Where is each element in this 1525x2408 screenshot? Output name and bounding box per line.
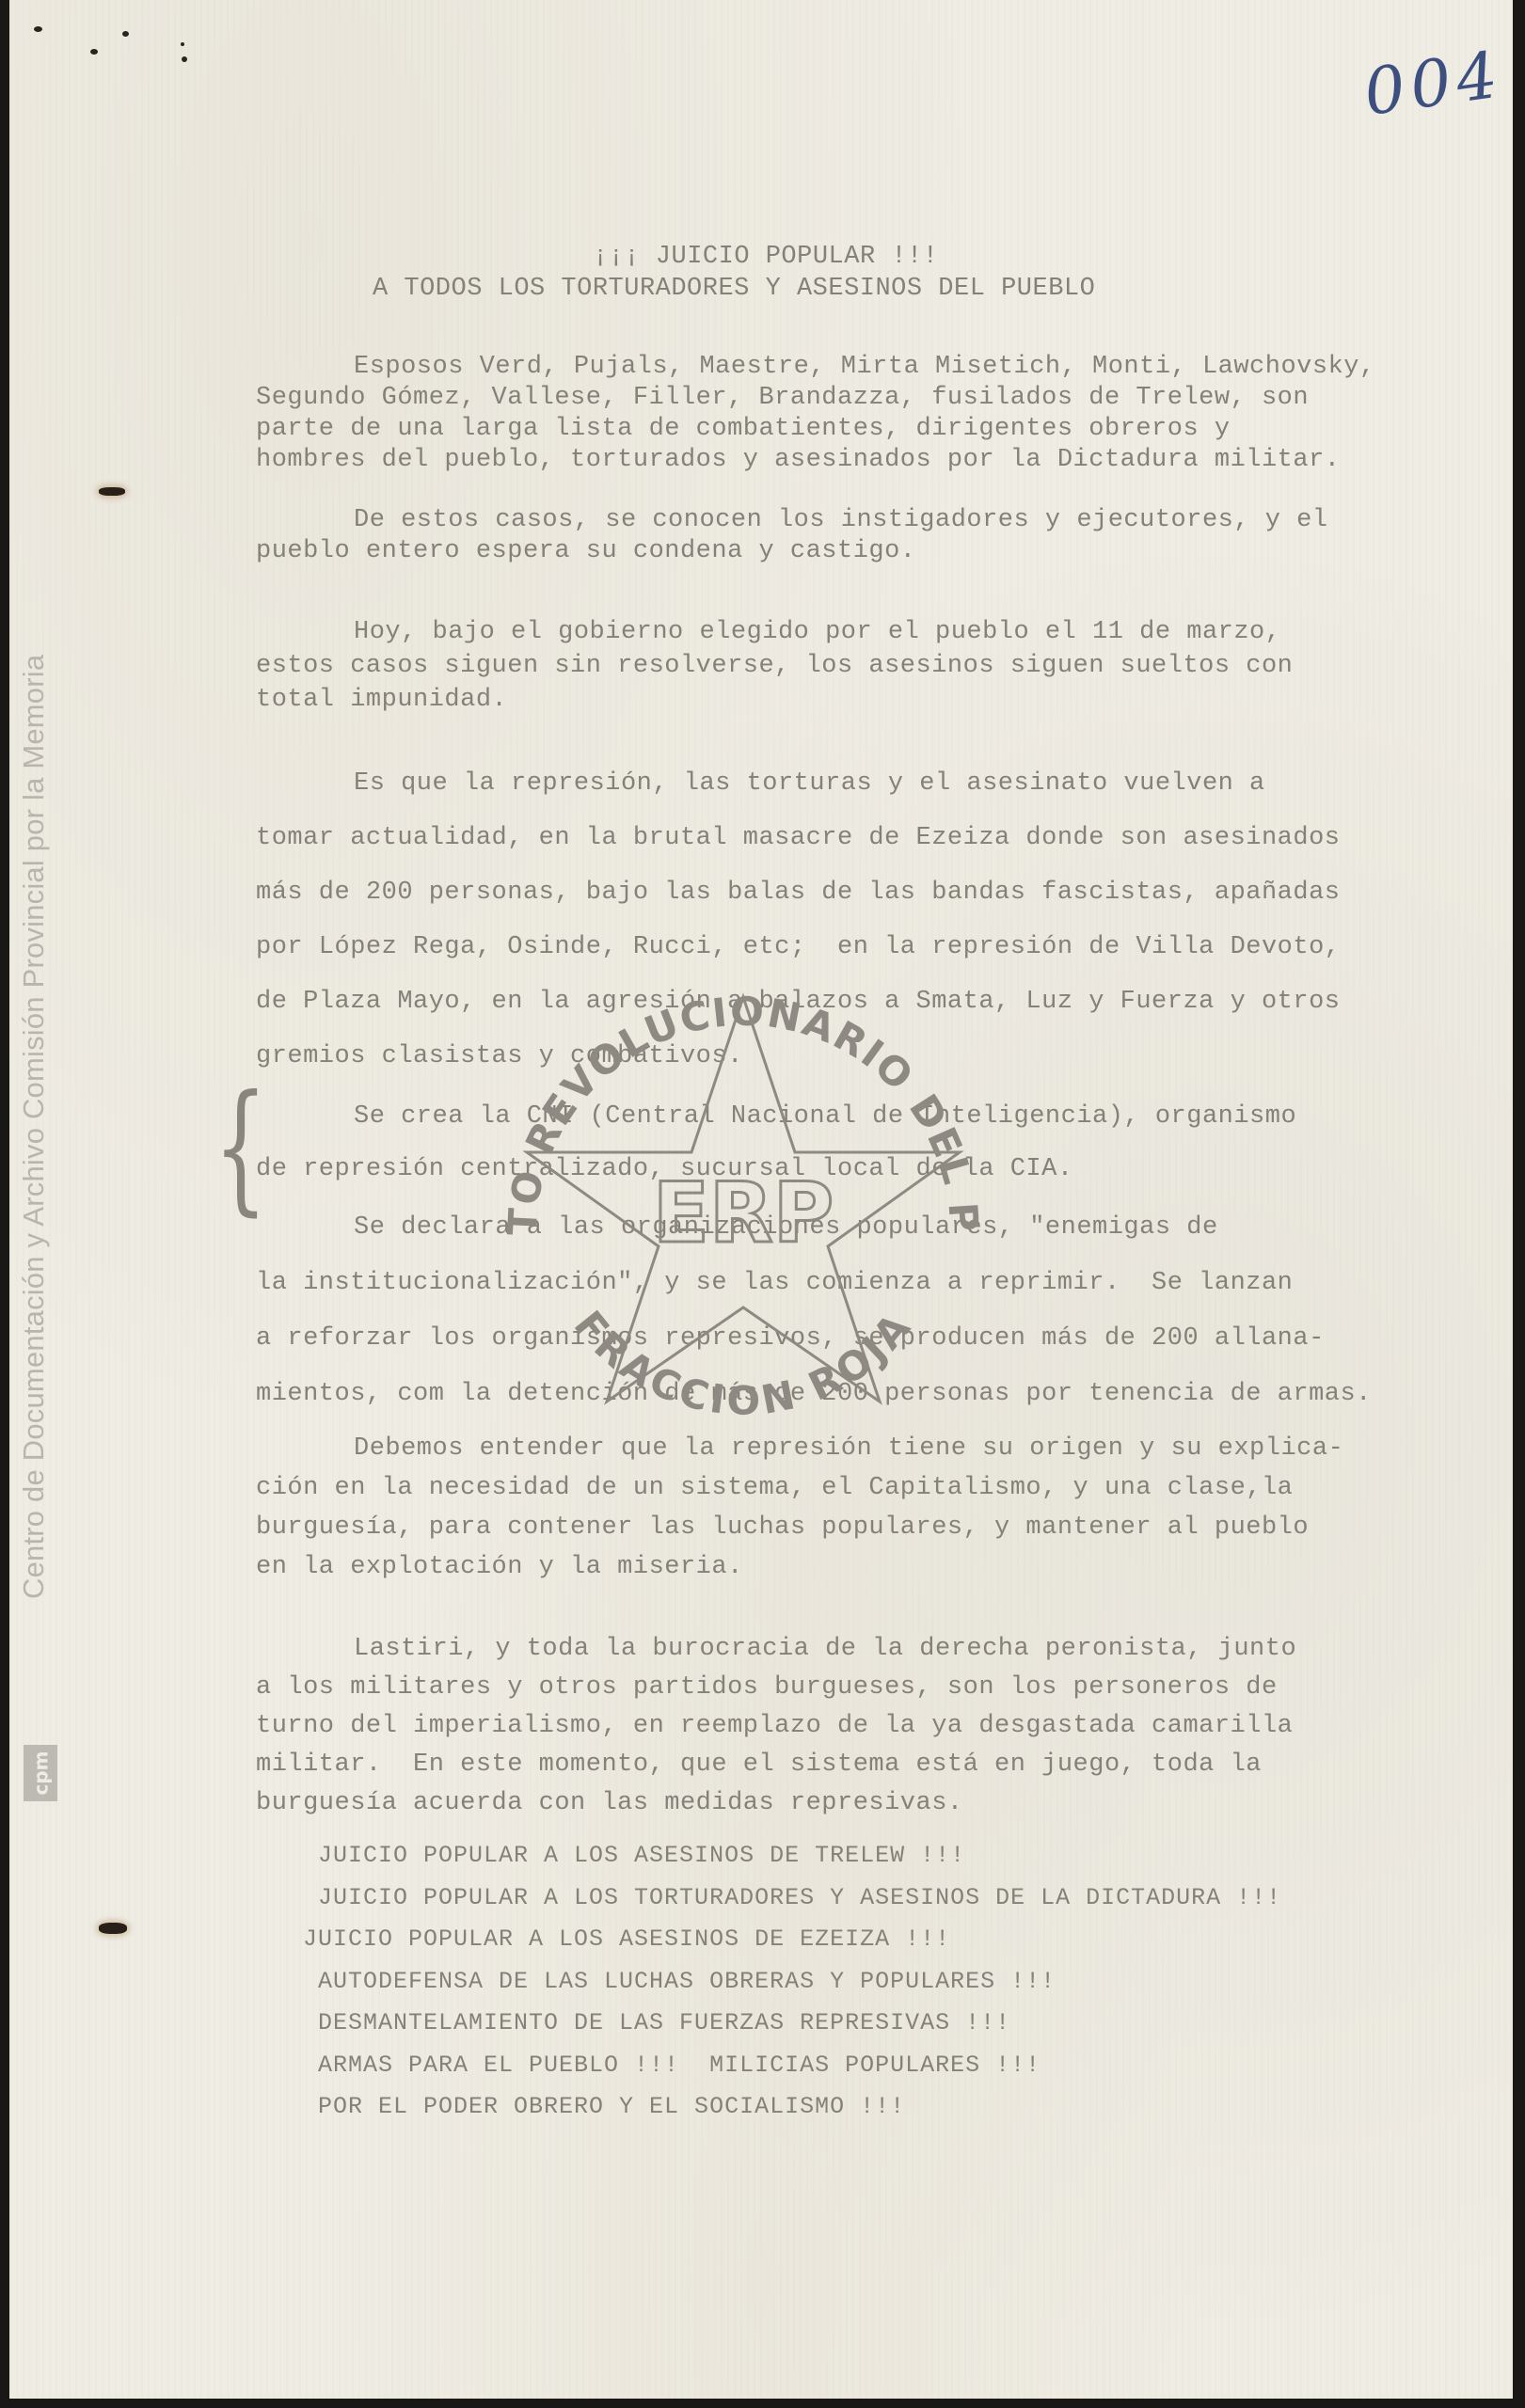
svg-text:EJERCITO REVOLUCIONARIO DEL PU: EJERCITO REVOLUCIONARIO DEL PUEBLO	[461, 931, 988, 1236]
punch-hole-mark	[99, 1923, 127, 1934]
paragraph-line: por López Rega, Osinde, Rucci, etc; en l…	[256, 933, 1340, 961]
paragraph-line: total impunidad.	[256, 686, 507, 714]
slogan-line: JUICIO POPULAR A LOS TORTURADORES Y ASES…	[318, 1884, 1281, 1911]
slogan-line: POR EL PODER OBRERO Y EL SOCIALISMO !!!	[318, 2093, 905, 2120]
handwritten-page-number: 004	[1359, 38, 1507, 131]
paragraph-line: burguesía, para contener las luchas popu…	[256, 1513, 1309, 1542]
paragraph-line: de represión centralizado, sucursal loca…	[256, 1155, 1073, 1183]
paragraph-line: a los militares y otros partidos burgues…	[256, 1673, 1278, 1702]
paragraph-line: Lastiri, y toda la burocracia de la dere…	[256, 1635, 1296, 1663]
cpm-logo-text: cpm	[29, 1751, 52, 1795]
paragraph-line: Se crea la CNI (Central Nacional de Inte…	[256, 1102, 1296, 1131]
paragraph-line: la institucionalización", y se las comie…	[256, 1269, 1293, 1297]
paragraph-line: ción en la necesidad de un sistema, el C…	[256, 1474, 1293, 1502]
paragraph-line: estos casos siguen sin resolverse, los a…	[256, 652, 1293, 680]
slogan-line: AUTODEFENSA DE LAS LUCHAS OBRERAS Y POPU…	[318, 1968, 1056, 1995]
ink-speck	[182, 56, 187, 62]
punch-hole-mark	[99, 487, 125, 496]
document-page: 004 Centro de Documentación y Archivo Co…	[9, 0, 1513, 2399]
document-subtitle: A TODOS LOS TORTURADORES Y ASESINOS DEL …	[373, 275, 1095, 303]
cpm-logo-badge: cpm	[24, 1745, 57, 1801]
paragraph-line: De estos casos, se conocen los instigado…	[256, 506, 1328, 534]
paragraph-line: hombres del pueblo, torturados y asesina…	[256, 446, 1340, 474]
paragraph-line: Esposos Verd, Pujals, Maestre, Mirta Mis…	[256, 353, 1375, 381]
handwritten-bracket-mark: {	[214, 1077, 267, 1218]
paragraph-line: Se declara a las organizaciones populare…	[256, 1213, 1218, 1242]
paragraph-line: gremios clasistas y combativos.	[256, 1042, 743, 1070]
paragraph-line: burguesía acuerda con las medidas repres…	[256, 1789, 963, 1817]
paragraph-line: turno del imperialismo, en reemplazo de …	[256, 1712, 1293, 1740]
paragraph-line: mientos, com la detención de más de 200 …	[256, 1380, 1372, 1408]
paragraph-line: pueblo entero espera su condena y castig…	[256, 537, 916, 565]
paragraph-line: Debemos entender que la represión tiene …	[256, 1434, 1343, 1463]
ink-speck	[181, 42, 184, 46]
paragraph-line: parte de una larga lista de combatientes…	[256, 415, 1231, 443]
paragraph-line: de Plaza Mayo, en la agresión a balazos …	[256, 988, 1340, 1016]
slogan-line: ARMAS PARA EL PUEBLO !!! MILICIAS POPULA…	[318, 2052, 1040, 2079]
paragraph-line: Hoy, bajo el gobierno elegido por el pue…	[256, 618, 1280, 646]
slogan-line: DESMANTELAMIENTO DE LAS FUERZAS REPRESIV…	[318, 2009, 1010, 2036]
paragraph-line: tomar actualidad, en la brutal masacre d…	[256, 824, 1340, 852]
paragraph-line: Segundo Gómez, Vallese, Filler, Brandazz…	[256, 384, 1309, 412]
ink-speck	[34, 26, 42, 32]
ink-speck	[90, 49, 98, 55]
document-title: ¡¡¡ JUICIO POPULAR !!!	[593, 243, 938, 271]
ink-speck	[122, 31, 129, 37]
paragraph-line: militar. En este momento, que el sistema…	[256, 1751, 1262, 1779]
slogan-line: JUICIO POPULAR A LOS ASESINOS DE TRELEW …	[318, 1842, 965, 1869]
paragraph-line: en la explotación y la miseria.	[256, 1553, 743, 1581]
paragraph-line: a reforzar los organismos represivos, se…	[256, 1324, 1325, 1353]
paragraph-line: Es que la represión, las torturas y el a…	[256, 769, 1265, 798]
slogan-line: JUICIO POPULAR A LOS ASESINOS DE EZEIZA …	[303, 1925, 950, 1953]
archive-watermark-text: Centro de Documentación y Archivo Comisi…	[17, 655, 51, 1599]
paragraph-line: más de 200 personas, bajo las balas de l…	[256, 879, 1340, 907]
